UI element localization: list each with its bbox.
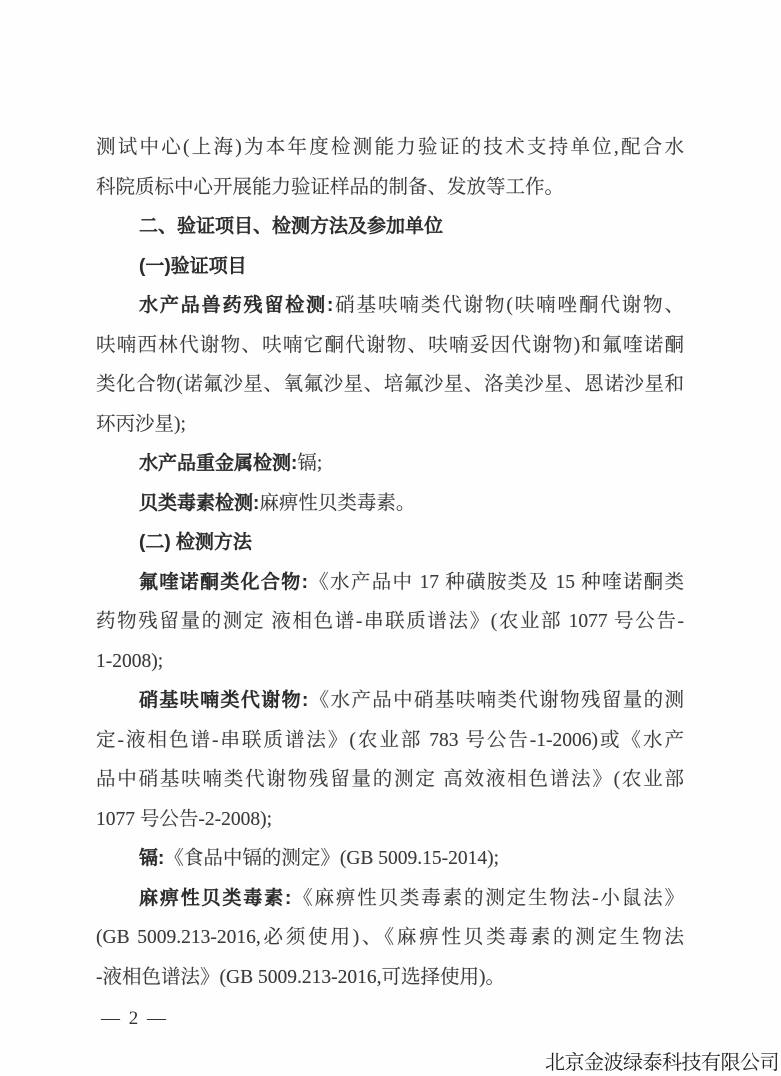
term-label: 二、验证项目、检测方法及参加单位 [139,216,443,237]
term-label: (二) 检测方法 [139,532,252,553]
text-segment: 1077 号公告-2-2008); [96,809,272,830]
text-line: 呋喃西林代谢物、呋喃它酮代谢物、呋喃妥因代谢物)和氟喹诺酮 [96,326,684,366]
document-page: 测试中心(上海)为本年度检测能力验证的技术支持单位,配合水科院质标中心开展能力验… [0,0,781,1076]
term-label: 氟喹诺酮类化合物: [139,572,308,593]
text-line: (二) 检测方法 [96,523,684,563]
term-label: 硝基呋喃类代谢物: [139,690,308,711]
text-segment: 类化合物(诺氟沙星、氧氟沙星、培氟沙星、洛美沙星、恩诺沙星和 [96,374,684,395]
company-watermark: 北京金波绿泰科技有限公司 [545,1046,779,1075]
term-label: 镉: [139,848,164,869]
text-segment: 镉; [297,453,322,474]
text-segment: 呋喃西林代谢物、呋喃它酮代谢物、呋喃妥因代谢物)和氟喹诺酮 [96,335,684,356]
text-line: 二、验证项目、检测方法及参加单位 [96,207,684,247]
text-line: -液相色谱法》(GB 5009.213-2016,可选择使用)。 [96,958,684,998]
text-segment: 1-2008); [96,651,163,672]
text-line: 药物残留量的测定 液相色谱-串联质谱法》(农业部 1077 号公告- [96,602,684,642]
text-segment: 《麻痹性贝类毒素的测定生物法-小鼠法》 [291,888,684,909]
text-line: 定-液相色谱-串联质谱法》(农业部 783 号公告-1-2006)或《水产 [96,721,684,761]
text-segment: 《水产品中硝基呋喃类代谢物残留量的测 [308,690,684,711]
document-body: 测试中心(上海)为本年度检测能力验证的技术支持单位,配合水科院质标中心开展能力验… [96,128,684,997]
text-line: 水产品重金属检测:镉; [96,444,684,484]
text-line: 1077 号公告-2-2008); [96,800,684,840]
text-line: 类化合物(诺氟沙星、氧氟沙星、培氟沙星、洛美沙星、恩诺沙星和 [96,365,684,405]
text-line: (GB 5009.213-2016,必须使用)、《麻痹性贝类毒素的测定生物法 [96,918,684,958]
text-line: 环丙沙星); [96,405,684,445]
text-segment: 《水产品中 17 种磺胺类及 15 种喹诺酮类 [308,572,684,593]
term-label: 贝类毒素检测: [139,493,259,514]
text-segment: 科院质标中心开展能力验证样品的制备、发放等工作。 [96,177,564,198]
text-segment: 定-液相色谱-串联质谱法》(农业部 783 号公告-1-2006)或《水产 [96,730,684,751]
text-line: 品中硝基呋喃类代谢物残留量的测定 高效液相色谱法》(农业部 [96,760,684,800]
term-label: 水产品重金属检测: [139,453,297,474]
text-segment: 品中硝基呋喃类代谢物残留量的测定 高效液相色谱法》(农业部 [96,769,684,790]
term-label: 水产品兽药残留检测: [139,295,333,316]
text-line: 麻痹性贝类毒素:《麻痹性贝类毒素的测定生物法-小鼠法》 [96,879,684,919]
text-segment: 硝基呋喃类代谢物(呋喃唑酮代谢物、 [333,295,684,316]
text-line: 测试中心(上海)为本年度检测能力验证的技术支持单位,配合水 [96,128,684,168]
text-line: 水产品兽药残留检测:硝基呋喃类代谢物(呋喃唑酮代谢物、 [96,286,684,326]
text-segment: 药物残留量的测定 液相色谱-串联质谱法》(农业部 1077 号公告- [96,611,684,632]
text-segment: (GB 5009.213-2016,必须使用)、《麻痹性贝类毒素的测定生物法 [96,927,684,948]
text-line: 贝类毒素检测:麻痹性贝类毒素。 [96,484,684,524]
text-line: 氟喹诺酮类化合物:《水产品中 17 种磺胺类及 15 种喹诺酮类 [96,563,684,603]
text-line: 硝基呋喃类代谢物:《水产品中硝基呋喃类代谢物残留量的测 [96,681,684,721]
text-line: 科院质标中心开展能力验证样品的制备、发放等工作。 [96,168,684,208]
term-label: (一)验证项目 [139,256,247,277]
text-segment: 测试中心(上海)为本年度检测能力验证的技术支持单位,配合水 [96,137,684,158]
page-number: — 2 — [101,1008,168,1030]
text-line: 镉:《食品中镉的测定》(GB 5009.15-2014); [96,839,684,879]
text-segment: 环丙沙星); [96,414,186,435]
text-line: (一)验证项目 [96,247,684,287]
text-segment: -液相色谱法》(GB 5009.213-2016,可选择使用)。 [96,967,505,988]
text-line: 1-2008); [96,642,684,682]
term-label: 麻痹性贝类毒素: [139,888,291,909]
text-segment: 《食品中镉的测定》(GB 5009.15-2014); [164,848,499,869]
text-segment: 麻痹性贝类毒素。 [259,493,415,514]
